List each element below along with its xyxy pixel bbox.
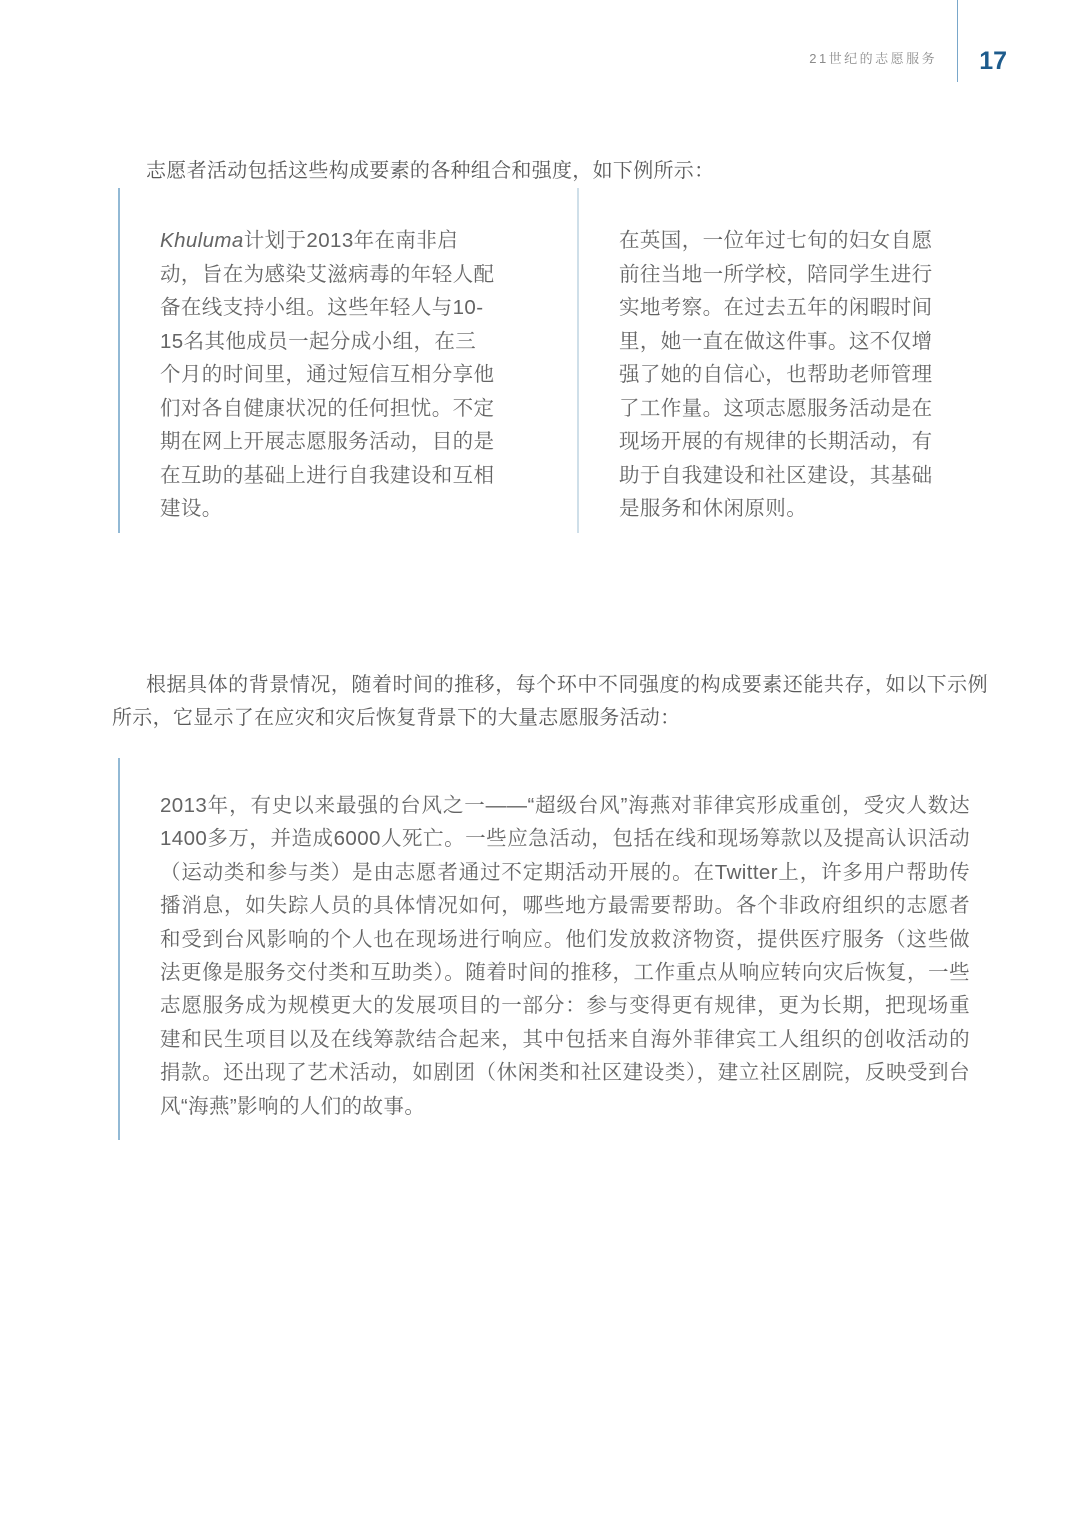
example-left-lead-italic: Khuluma: [160, 229, 244, 252]
example-quote-right: 在英国，一位年过七旬的妇女自愿前往当地一所学校，陪同学生进行实地考察。在过去五年…: [577, 188, 1036, 533]
page-number: 17: [979, 47, 1007, 82]
page-header: 21世纪的志愿服务 17: [809, 0, 1007, 82]
example-quotes-row: Khuluma计划于2013年在南非启动，旨在为感染艾滋病毒的年轻人配备在线支持…: [118, 188, 1036, 533]
example-right-text: 在英国，一位年过七旬的妇女自愿前往当地一所学校，陪同学生进行实地考察。在过去五年…: [619, 229, 933, 520]
running-title: 21世纪的志愿服务: [809, 48, 937, 82]
case-study-text: 2013年，有史以来最强的台风之一——“超级台风”海燕对菲律宾形成重创，受灾人数…: [160, 794, 970, 1118]
document-page: 21世纪的志愿服务 17 志愿者活动包括这些构成要素的各种组合和强度，如下例所示…: [0, 0, 1080, 1527]
example-quote-left: Khuluma计划于2013年在南非启动，旨在为感染艾滋病毒的年轻人配备在线支持…: [118, 188, 577, 533]
example-left-text: 计划于2013年在南非启动，旨在为感染艾滋病毒的年轻人配备在线支持小组。这些年轻…: [160, 229, 494, 520]
case-study-quote: 2013年，有史以来最强的台风之一——“超级台风”海燕对菲律宾形成重创，受灾人数…: [118, 758, 970, 1140]
header-divider-rule: [957, 0, 958, 82]
transition-paragraph: 根据具体的背景情况，随着时间的推移，每个环中不同强度的构成要素还能共存，如以下示…: [112, 669, 988, 735]
intro-paragraph: 志愿者活动包括这些构成要素的各种组合和强度，如下例所示：: [112, 155, 988, 188]
